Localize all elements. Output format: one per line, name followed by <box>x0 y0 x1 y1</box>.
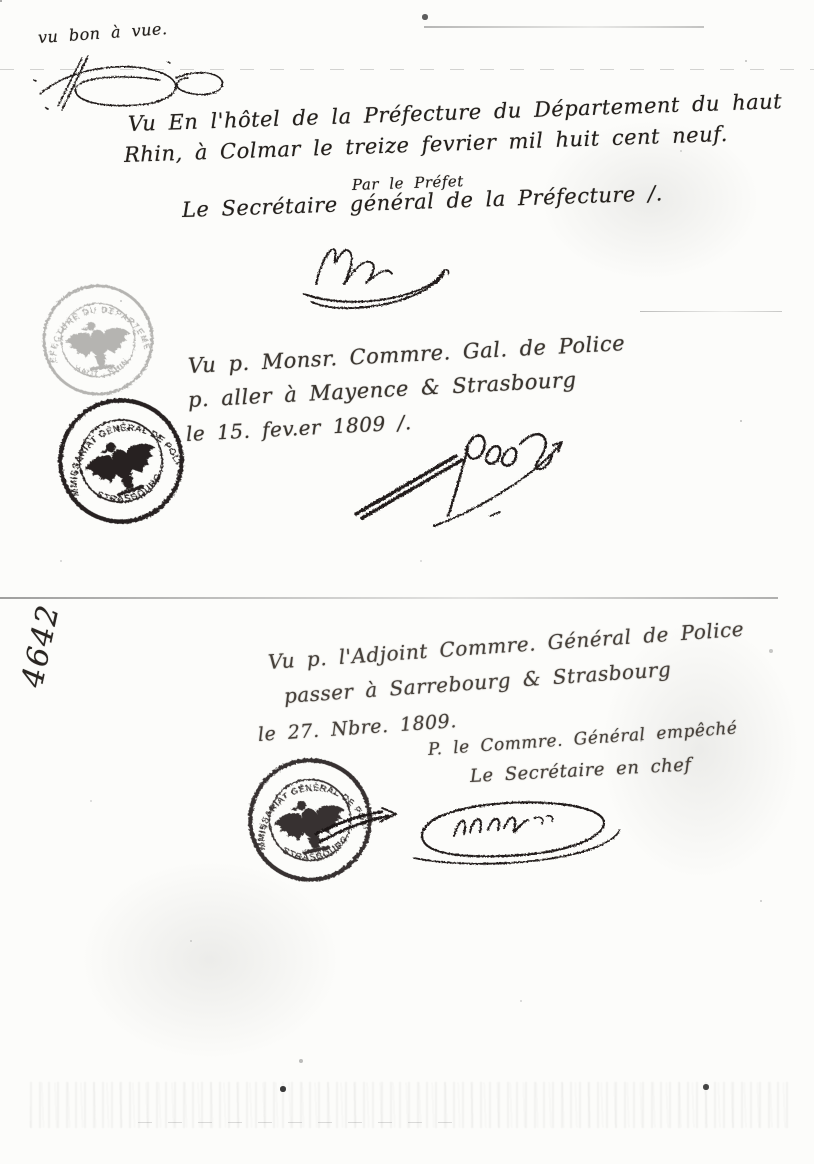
scan-specks <box>0 0 2 2</box>
seal-police-strasbourg-1: COMMISSARIAT GÉNÉRAL DE POLICE STRASBOUR… <box>39 379 203 543</box>
scan-noise-band <box>30 1082 790 1128</box>
fold-crease-middle <box>0 597 778 599</box>
signature-commissaire-popp <box>338 416 588 536</box>
seal-ring-text: PRÉFECTURE DU DÉPARTEMENT <box>32 274 152 365</box>
margin-registry-number: 4642 <box>12 588 69 703</box>
scanned-document-page: vu bon à vue. Vu En l'hôtel de la Préfec… <box>0 0 814 1164</box>
paraph-flourish <box>26 50 246 116</box>
svg-text:PRÉFECTURE DU DÉPARTEMENT: PRÉFECTURE DU DÉPARTEMENT <box>32 274 152 365</box>
fold-crease-top <box>424 26 704 28</box>
top-left-note: vu bon à vue. <box>37 19 168 47</box>
seal-police-strasbourg-2: COMMISSARIAT GÉNÉRAL DE POLICE STRASBOUR… <box>234 744 386 896</box>
signature-secretaire-general <box>282 228 462 318</box>
fold-crease-right <box>640 311 782 312</box>
paper-stain <box>80 860 340 1060</box>
